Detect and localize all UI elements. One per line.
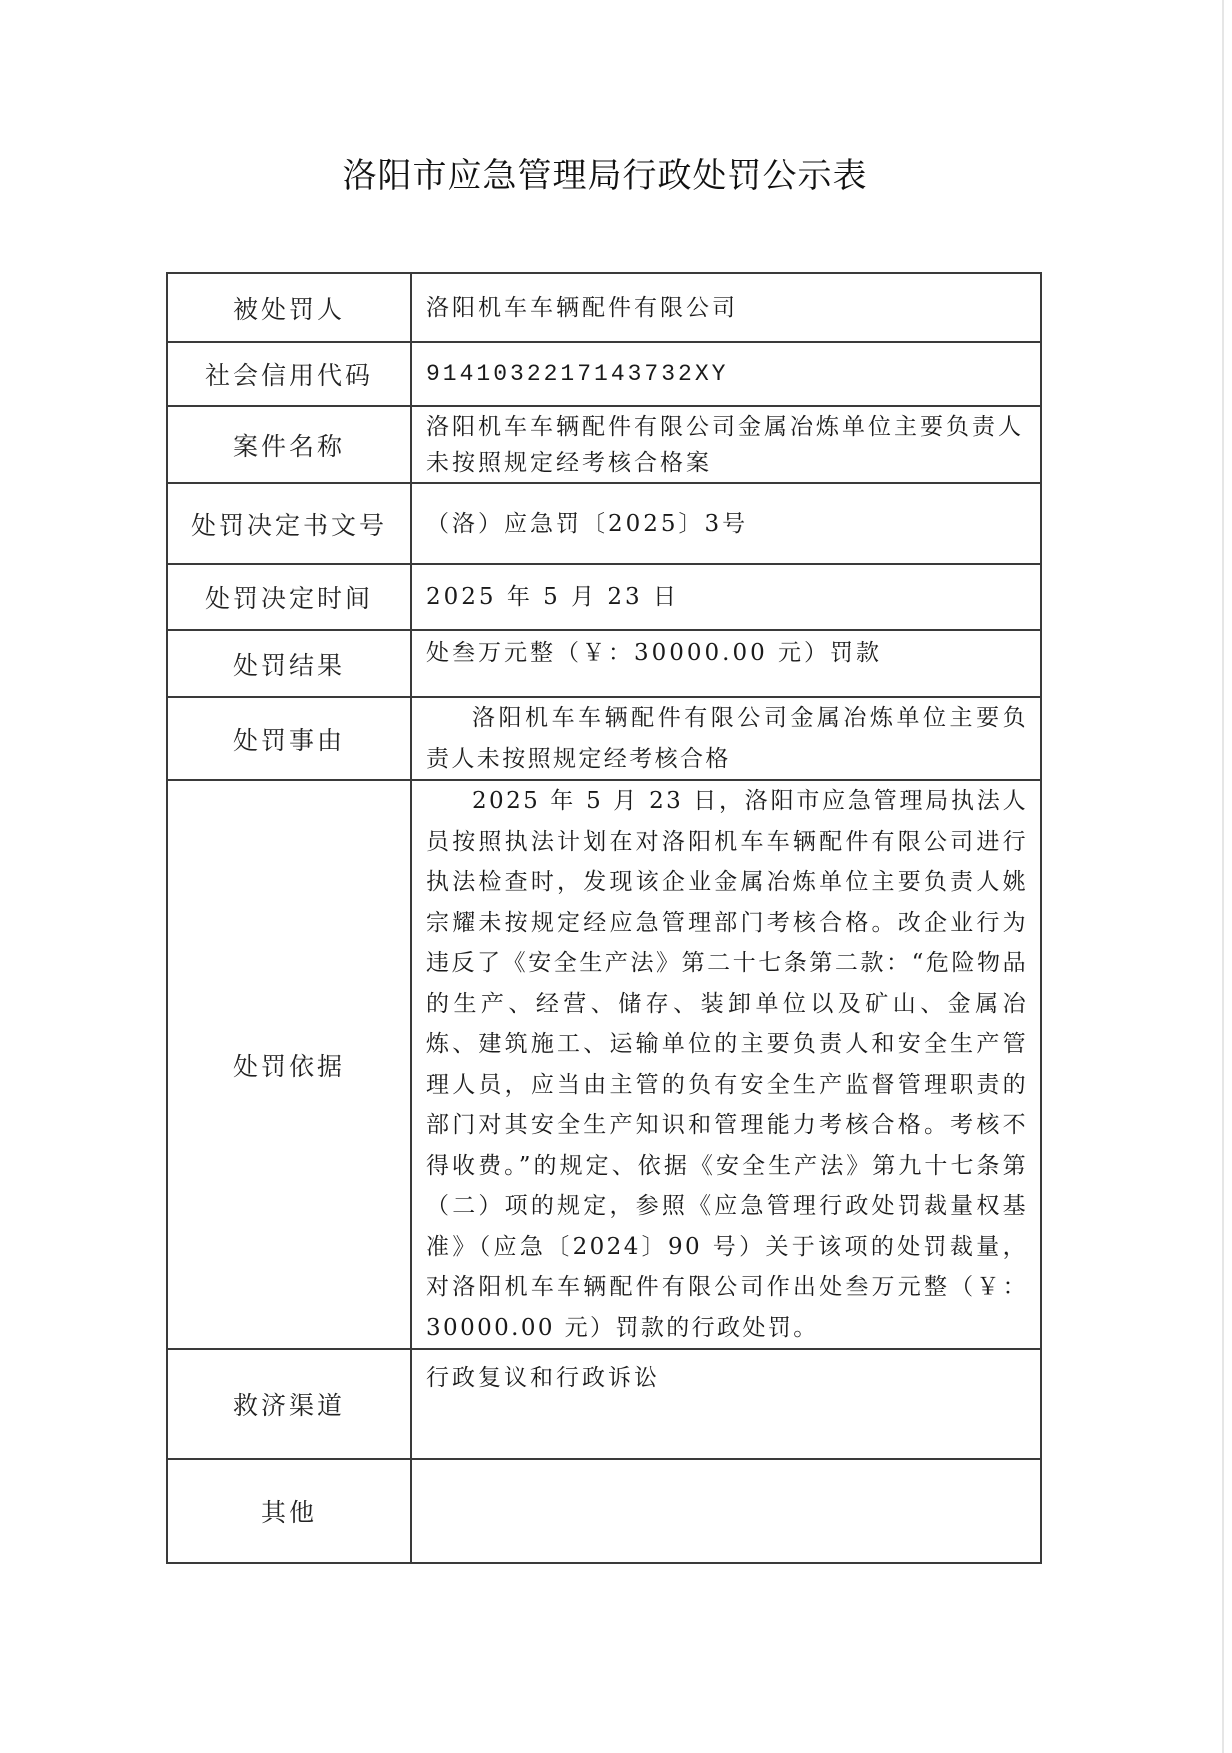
label-credit-code: 社会信用代码 (167, 342, 411, 406)
row-penalty-reason: 处罚事由 洛阳机车车辆配件有限公司金属冶炼单位主要负责人未按照规定经考核合格 (167, 697, 1041, 780)
document-title: 洛阳市应急管理局行政处罚公示表 (0, 148, 1210, 197)
row-other: 其他 (167, 1459, 1041, 1563)
label-other: 其他 (167, 1459, 411, 1563)
penalty-basis-text: 2025 年 5 月 23 日，洛阳市应急管理局执法人员按照执法计划在对洛阳机车… (426, 781, 1028, 1348)
row-remedy-channel: 救济渠道 行政复议和行政诉讼 (167, 1349, 1041, 1459)
row-credit-code: 社会信用代码 914103221714373​2XY (167, 342, 1041, 406)
penalty-notice-table: 被处罚人 洛阳机车车辆配件有限公司 社会信用代码 914103221714373… (166, 272, 1042, 1564)
label-remedy-channel: 救济渠道 (167, 1349, 411, 1459)
value-penalty-reason: 洛阳机车车辆配件有限公司金属冶炼单位主要负责人未按照规定经考核合格 (411, 697, 1041, 780)
label-decision-number: 处罚决定书文号 (167, 483, 411, 564)
value-decision-number: （洛）应急罚〔2025〕3号 (411, 483, 1041, 564)
label-penalty-result: 处罚结果 (167, 630, 411, 697)
value-remedy-channel: 行政复议和行政诉讼 (411, 1349, 1041, 1459)
label-penalized-party: 被处罚人 (167, 273, 411, 342)
penalty-reason-text: 洛阳机车车辆配件有限公司金属冶炼单位主要负责人未按照规定经考核合格 (426, 698, 1028, 779)
value-case-name: 洛阳机车车辆配件有限公司金属冶炼单位主要负责人未按照规定经考核合格案 (411, 406, 1041, 483)
row-decision-date: 处罚决定时间 2025 年 5 月 23 日 (167, 564, 1041, 630)
label-penalty-reason: 处罚事由 (167, 697, 411, 780)
page-edge (1222, 0, 1224, 1753)
value-credit-code: 914103221714373​2XY (411, 342, 1041, 406)
value-other (411, 1459, 1041, 1563)
value-decision-date: 2025 年 5 月 23 日 (411, 564, 1041, 630)
row-penalty-basis: 处罚依据 2025 年 5 月 23 日，洛阳市应急管理局执法人员按照执法计划在… (167, 780, 1041, 1349)
value-penalty-basis: 2025 年 5 月 23 日，洛阳市应急管理局执法人员按照执法计划在对洛阳机车… (411, 780, 1041, 1349)
row-case-name: 案件名称 洛阳机车车辆配件有限公司金属冶炼单位主要负责人未按照规定经考核合格案 (167, 406, 1041, 483)
label-penalty-basis: 处罚依据 (167, 780, 411, 1349)
row-penalized-party: 被处罚人 洛阳机车车辆配件有限公司 (167, 273, 1041, 342)
row-decision-number: 处罚决定书文号 （洛）应急罚〔2025〕3号 (167, 483, 1041, 564)
value-penalty-result: 处叁万元整（￥：30000.00 元）罚款 (411, 630, 1041, 697)
label-case-name: 案件名称 (167, 406, 411, 483)
value-penalized-party: 洛阳机车车辆配件有限公司 (411, 273, 1041, 342)
label-decision-date: 处罚决定时间 (167, 564, 411, 630)
row-penalty-result: 处罚结果 处叁万元整（￥：30000.00 元）罚款 (167, 630, 1041, 697)
